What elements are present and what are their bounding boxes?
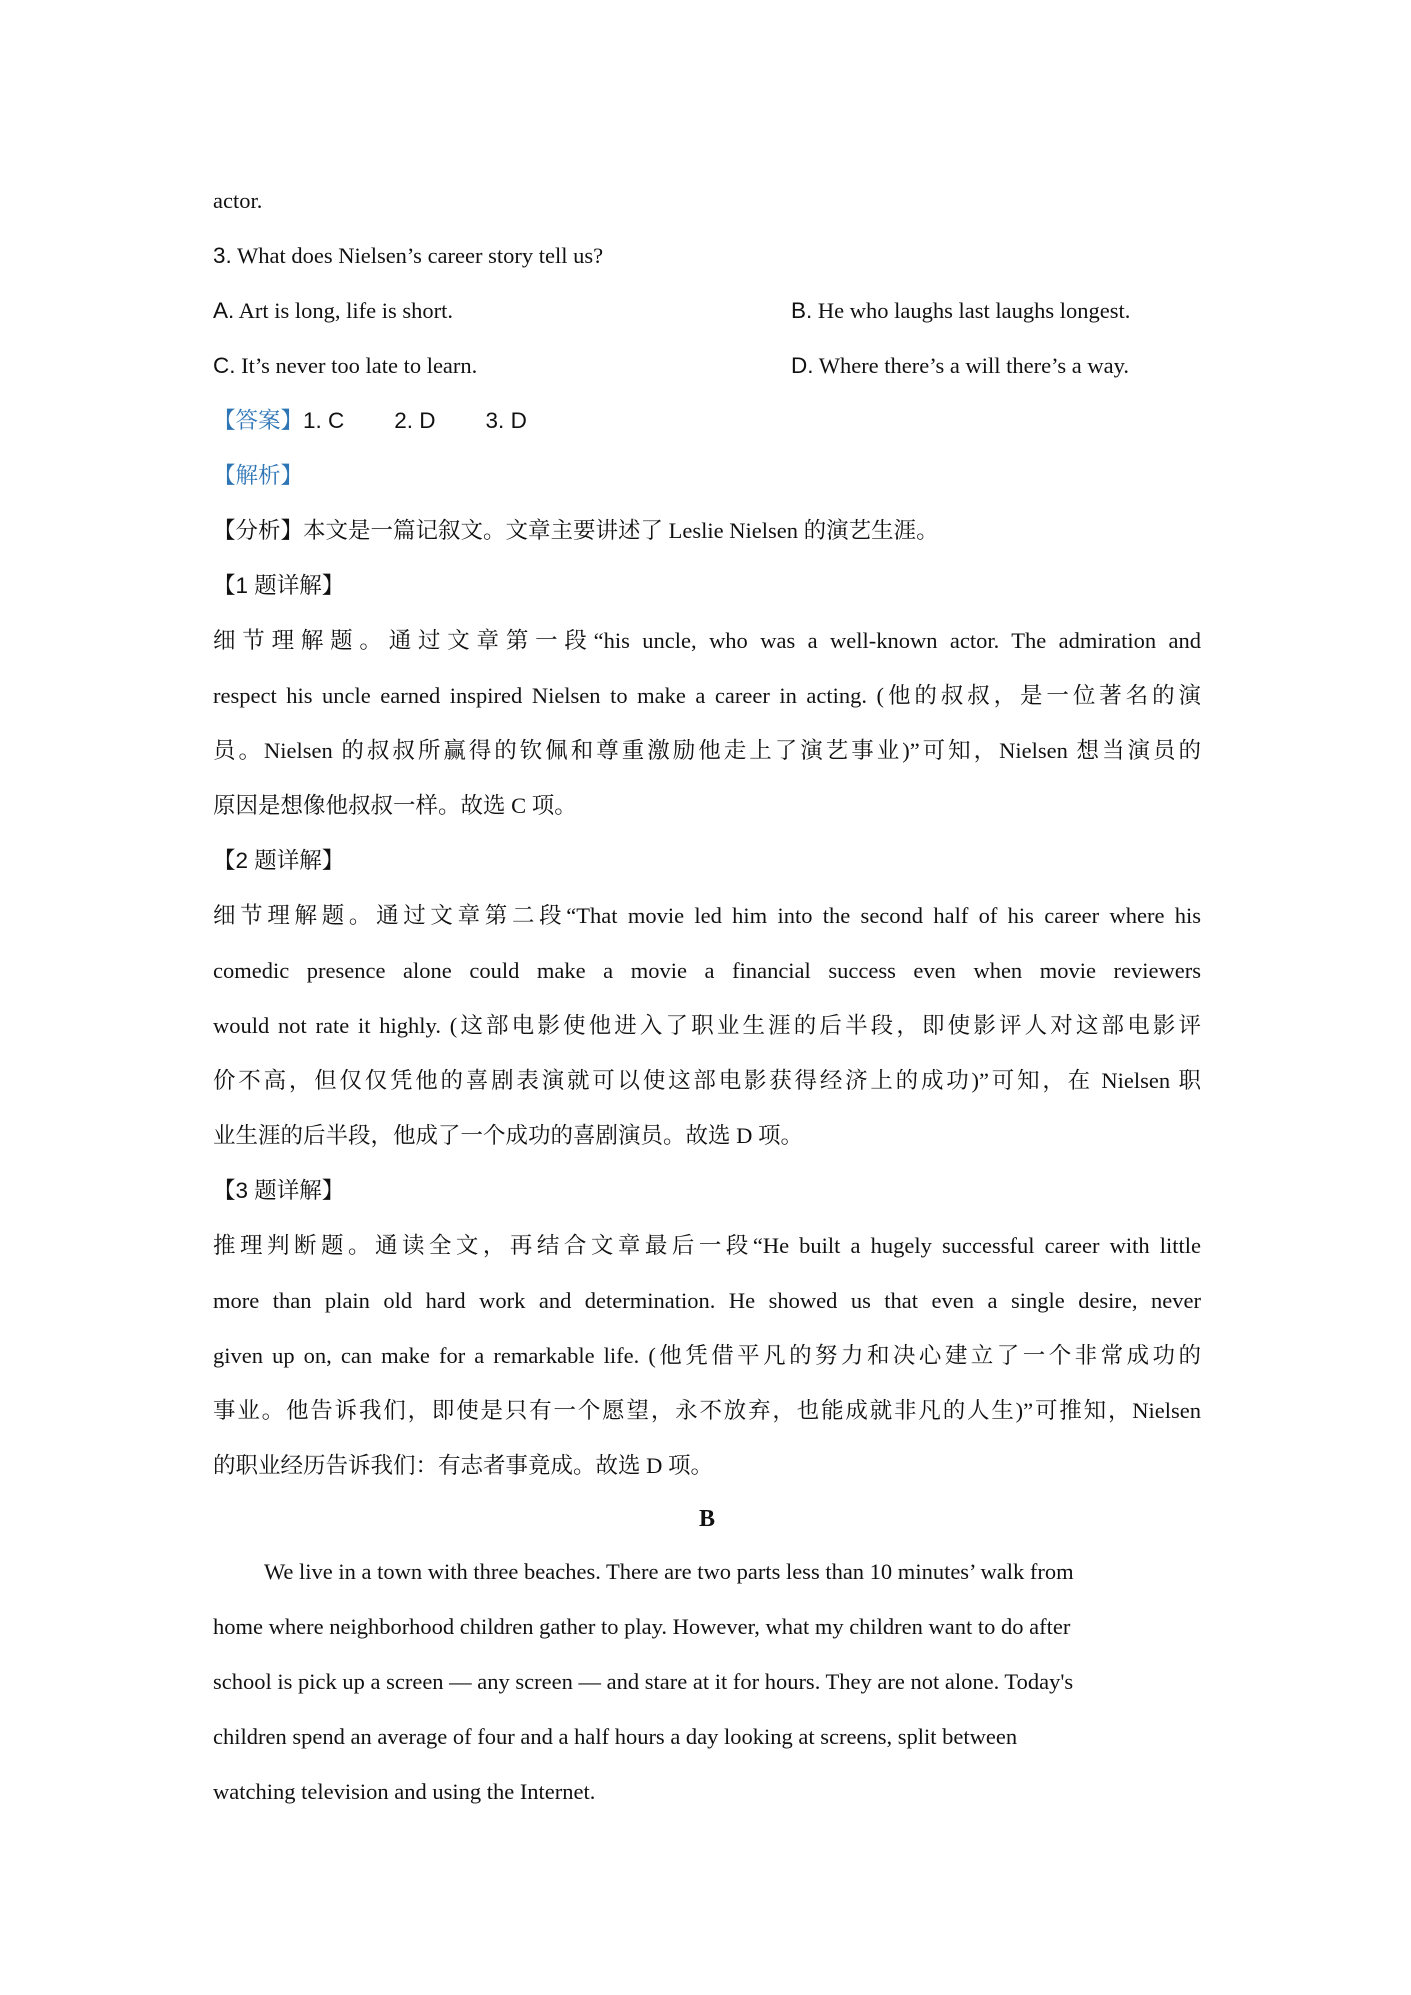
- detail-2-line: 价不高，但仅仅凭他的喜剧表演就可以使这部电影获得经济上的成功)”可知，在 Nie…: [213, 1066, 1201, 1096]
- passage-line: We live in a town with three beaches. Th…: [264, 1557, 1074, 1587]
- answer-3: 3. D: [486, 408, 527, 433]
- option-letter: C.: [213, 353, 236, 378]
- detail-1-line: 原因是想像他叔叔一样。故选 C 项。: [213, 791, 577, 821]
- detail-heading-2: 【2 题详解】: [213, 846, 344, 876]
- detail-2-line: would not rate it highly. (这部电影使他进入了职业生涯…: [213, 1011, 1201, 1041]
- question-text: What does Nielsen’s career story tell us…: [232, 243, 603, 268]
- detail-3-line: 的职业经历告诉我们：有志者事竟成。故选 D 项。: [213, 1451, 713, 1481]
- passage-line: watching television and using the Intern…: [213, 1777, 595, 1807]
- detail-3-line: more than plain old hard work and determ…: [213, 1286, 1201, 1316]
- option-text: Where there’s a will there’s a way.: [814, 353, 1130, 378]
- option-d: D. Where there’s a will there’s a way.: [791, 351, 1129, 381]
- detail-3-line: given up on, can make for a remarkable l…: [213, 1341, 1201, 1371]
- detail-heading-3: 【3 题详解】: [213, 1176, 344, 1206]
- passage-line: school is pick up a screen — any screen …: [213, 1667, 1073, 1697]
- option-text: He who laughs last laughs longest.: [812, 298, 1130, 323]
- detail-1-line: 细节理解题。通过文章第一段“his uncle, who was a well-…: [213, 626, 1201, 656]
- option-text: It’s never too late to learn.: [236, 353, 478, 378]
- question-3: 3. What does Nielsen’s career story tell…: [213, 241, 603, 271]
- detail-1-line: 员。Nielsen 的叔叔所赢得的钦佩和尊重激励他走上了演艺事业)”可知，Nie…: [213, 736, 1201, 766]
- answer-1: 1. C: [303, 408, 344, 433]
- answer-line: 【答案】1. C2. D3. D: [213, 406, 527, 436]
- detail-2-line: 业生涯的后半段，他成了一个成功的喜剧演员。故选 D 项。: [213, 1121, 803, 1151]
- previous-text-tail: actor.: [213, 186, 262, 216]
- option-letter: B.: [791, 298, 812, 323]
- option-text: Art is long, life is short.: [234, 298, 453, 323]
- summary-line: 【分析】本文是一篇记叙文。文章主要讲述了 Leslie Nielsen 的演艺生…: [213, 516, 939, 546]
- option-letter: A.: [213, 298, 234, 323]
- detail-1-line: respect his uncle earned inspired Nielse…: [213, 681, 1201, 711]
- section-b-heading: B: [213, 1504, 1201, 1534]
- summary-text: 本文是一篇记叙文。文章主要讲述了 Leslie Nielsen 的演艺生涯。: [303, 518, 939, 543]
- passage-line: children spend an average of four and a …: [213, 1722, 1017, 1752]
- option-a: A. Art is long, life is short.: [213, 296, 453, 326]
- detail-2-line: 细节理解题。通过文章第二段“That movie led him into th…: [213, 901, 1201, 931]
- option-c: C. It’s never too late to learn.: [213, 351, 477, 381]
- answer-label: 【答案】: [213, 408, 303, 433]
- summary-label: 【分析】: [213, 518, 303, 543]
- passage-line: home where neighborhood children gather …: [213, 1612, 1070, 1642]
- detail-3-line: 推理判断题。通读全文，再结合文章最后一段“He built a hugely s…: [213, 1231, 1201, 1261]
- answer-2: 2. D: [394, 408, 435, 433]
- question-number: 3.: [213, 243, 232, 268]
- analysis-label: 【解析】: [213, 461, 303, 491]
- option-letter: D.: [791, 353, 814, 378]
- detail-2-line: comedic presence alone could make a movi…: [213, 956, 1201, 986]
- detail-3-line: 事业。他告诉我们，即使是只有一个愿望，永不放弃，也能成就非凡的人生)”可推知，N…: [213, 1396, 1201, 1426]
- option-b: B. He who laughs last laughs longest.: [791, 296, 1130, 326]
- detail-heading-1: 【1 题详解】: [213, 571, 344, 601]
